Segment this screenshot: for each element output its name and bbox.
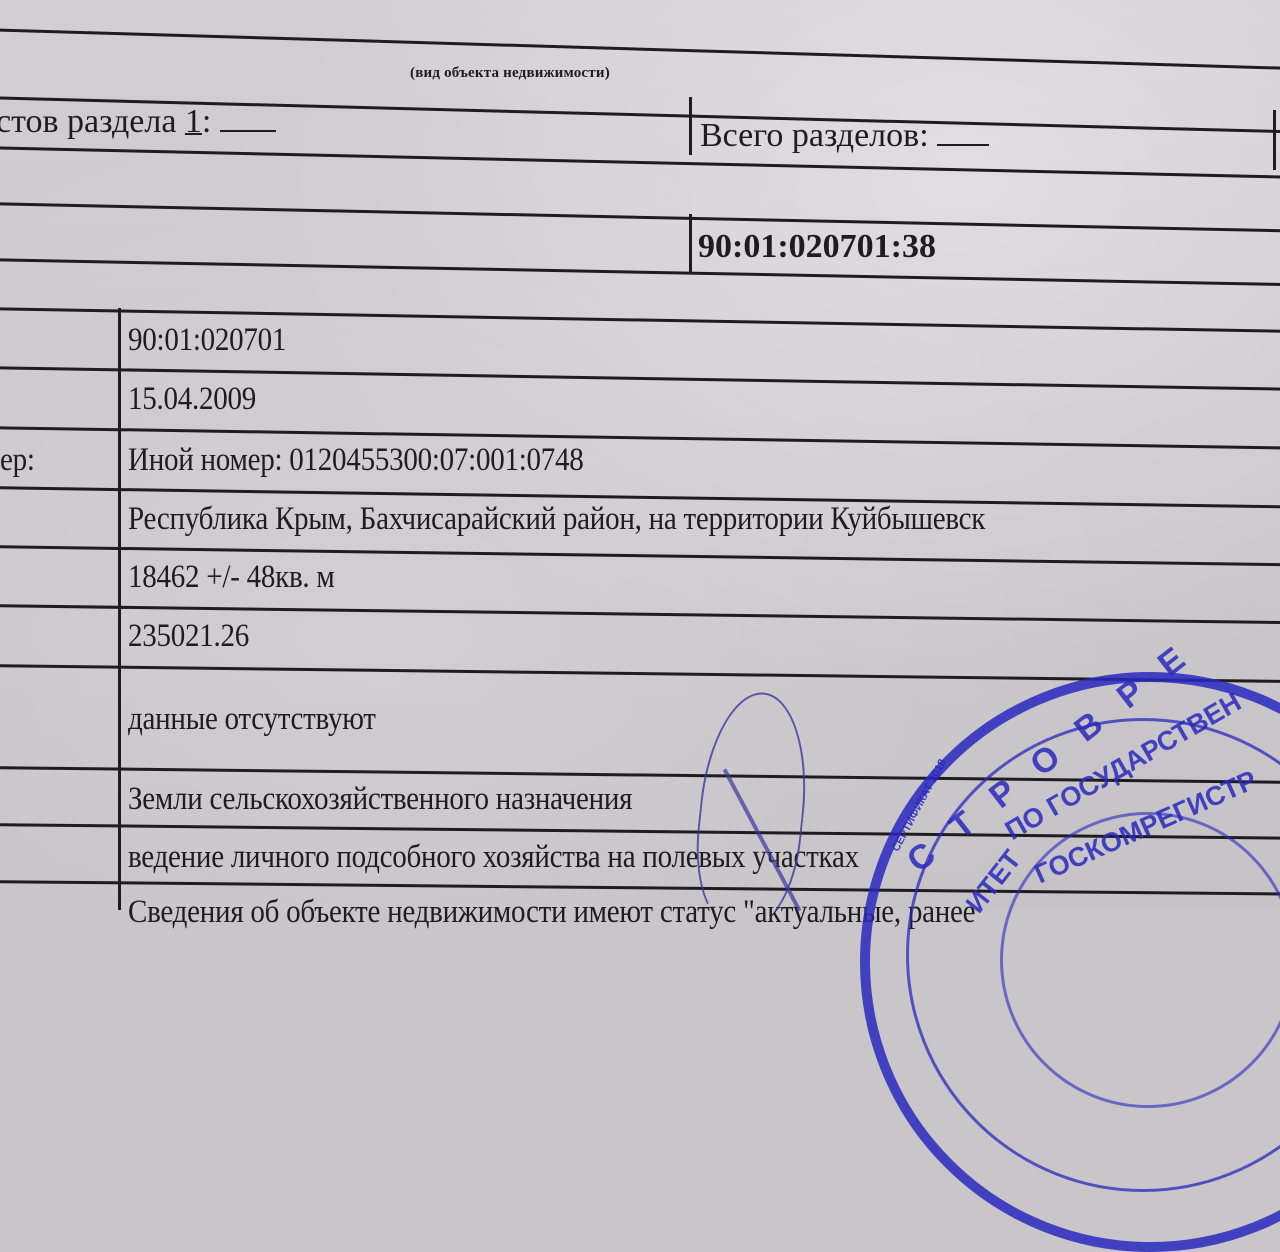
row-value-cadastral-quarter: 90:01:020701: [128, 324, 286, 357]
row-value-no-data: данные отсутствуют: [128, 703, 376, 736]
stamp-text-prefix: ИТЕТ: [960, 845, 1028, 910]
blank-field: [220, 104, 276, 132]
row-value-permitted-use: ведение личного подсобного хозяйства на …: [128, 841, 859, 874]
row-value-address: Республика Крым, Бахчисарайский район, н…: [128, 503, 985, 536]
object-type-caption: (вид объекта недвижимости): [410, 66, 610, 81]
sheets-label-prefix: стов раздела: [0, 103, 176, 140]
blank-field: [937, 118, 989, 146]
row-value-area: 18462 +/- 48кв. м: [128, 561, 335, 594]
row-label-number: ер:: [0, 444, 35, 477]
rule-line: [0, 28, 1280, 71]
document-page: (вид объекта недвижимости) стов раздела …: [0, 0, 1280, 910]
column-divider: [1273, 110, 1276, 170]
section-number: 1: [185, 103, 202, 140]
row-value-date: 15.04.2009: [128, 383, 256, 416]
total-sections-label: Всего разделов:: [700, 118, 989, 153]
column-divider: [689, 214, 692, 272]
rule-line: [0, 664, 1280, 683]
rule-line: [0, 258, 1280, 287]
sheets-of-section-label: стов раздела 1:: [0, 104, 276, 139]
row-value-status: Сведения об объекте недвижимости имеют с…: [128, 896, 975, 910]
separator: :: [202, 103, 211, 140]
row-value-other-number: Иной номер: 0120455300:07:001:0748: [128, 444, 584, 477]
cadastral-number: 90:01:020701:38: [698, 230, 936, 264]
column-divider: [118, 308, 121, 910]
row-value-land-category: Земли сельскохозяйственного назначения: [128, 783, 632, 816]
signature: [688, 687, 816, 910]
row-value-cadastral-cost: 235021.26: [128, 620, 249, 653]
rule-line: [0, 202, 1280, 233]
column-divider: [689, 97, 692, 155]
rule-line: [0, 146, 1280, 179]
total-sections-text: Всего разделов:: [700, 117, 929, 154]
